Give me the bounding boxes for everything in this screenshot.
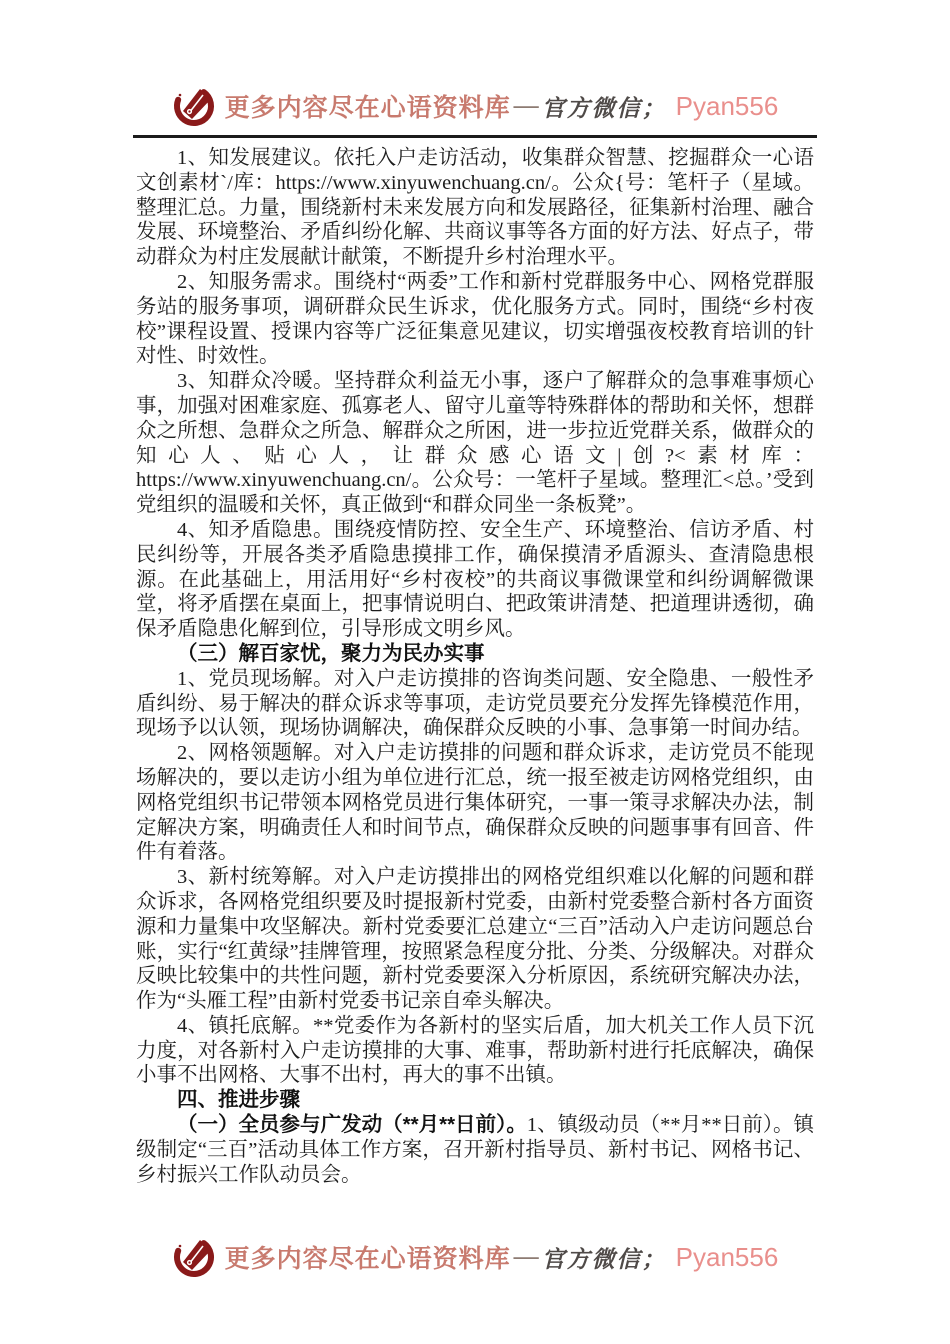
- wechat-label: 官方微信；: [542, 1241, 667, 1274]
- header-brand: 更多内容尽在心语资料库 — 官方微信； Pyan556: [0, 0, 950, 128]
- wechat-id: Pyan556: [676, 1242, 779, 1273]
- paragraph: 3、知群众冷暖。坚持群众利益无小事，逐户了解群众的急事难事烦心事，加强对困难家庭…: [136, 369, 814, 518]
- section-heading: 四、推进步骤: [136, 1088, 814, 1113]
- brand-text: 更多内容尽在心语资料库: [225, 1239, 511, 1275]
- brand-dash: —: [514, 1243, 539, 1271]
- pen-nib-logo-icon: [172, 84, 216, 128]
- section-heading: （三）解百家忧，聚力为民办实事: [136, 642, 814, 667]
- brand-text: 更多内容尽在心语资料库: [225, 88, 511, 124]
- brand-dash: —: [514, 92, 539, 120]
- paragraph: 2、网格领题解。对入户走访摸排的问题和群众诉求，走访党员不能现场解决的，要以走访…: [136, 741, 814, 865]
- paragraph: 1、党员现场解。对入户走访摸排的咨询类问题、安全隐患、一般性矛盾纠纷、易于解决的…: [136, 667, 814, 741]
- paragraph: 2、知服务需求。围绕村“两委”工作和新村党群服务中心、网格党群服务站的服务事项，…: [136, 270, 814, 369]
- header-divider: [133, 135, 817, 138]
- paragraph: 3、新村统筹解。对入户走访摸排出的网格党组织难以化解的问题和群众诉求，各网格党组…: [136, 865, 814, 1014]
- paragraph: （一）全员参与广发动（**月**日前）。1、镇级动员（**月**日前）。镇级制定…: [136, 1113, 814, 1187]
- wechat-label: 官方微信；: [542, 90, 667, 123]
- footer-brand: 更多内容尽在心语资料库 — 官方微信； Pyan556: [0, 1235, 950, 1279]
- paragraph-bold-lead: （一）全员参与广发动（**月**日前）。: [177, 1113, 527, 1136]
- wechat-id: Pyan556: [676, 91, 779, 122]
- paragraph: 4、镇托底解。**党委作为各新村的坚实后盾，加大机关工作人员下沉力度，对各新村入…: [136, 1014, 814, 1088]
- pen-nib-logo-icon: [172, 1235, 216, 1279]
- paragraph: 1、知发展建议。依托入户走访活动，收集群众智慧、挖掘群众一心语文创素材`/库：h…: [136, 146, 814, 270]
- document-page: 更多内容尽在心语资料库 — 官方微信； Pyan556 1、知发展建议。依托入户…: [0, 0, 950, 1344]
- paragraph: 4、知矛盾隐患。围绕疫情防控、安全生产、环境整治、信访矛盾、村民纠纷等，开展各类…: [136, 518, 814, 642]
- document-body: 1、知发展建议。依托入户走访活动，收集群众智慧、挖掘群众一心语文创素材`/库：h…: [136, 146, 814, 1187]
